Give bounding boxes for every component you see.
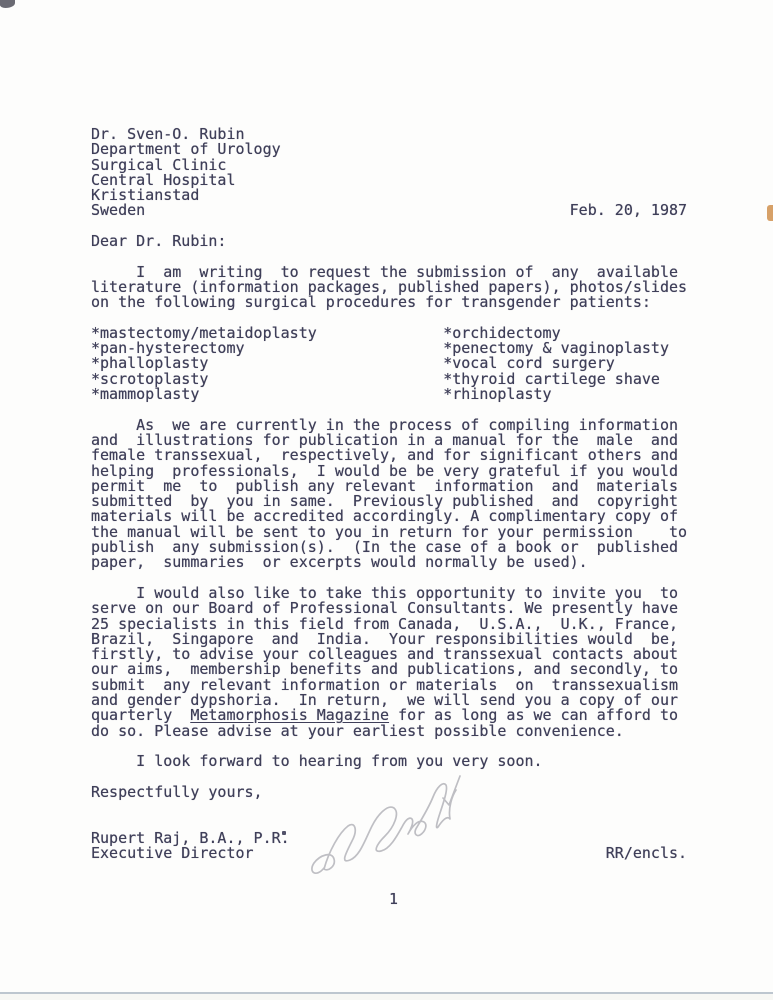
page-number: 1 [389, 892, 398, 907]
handwritten-signature-scribble [306, 766, 474, 884]
scan-artifact-dot [282, 831, 286, 835]
letter-line: on the following surgical procedures for… [91, 295, 687, 310]
scan-artifact-top-left [0, 0, 15, 8]
letter-line: Sweden Feb. 20, 1987 [91, 203, 687, 218]
letter-line: Dear Dr. Rubin: [91, 234, 687, 249]
letter-text: Dr. Sven-O. RubinDepartment of UrologySu… [91, 127, 687, 861]
scan-artifact-right-edge [767, 205, 773, 221]
letter-line: paper, summaries or excerpts would norma… [91, 555, 687, 570]
document-page: { "page": { "number": "1" }, "colors": {… [0, 0, 773, 1000]
letter-line: *mammoplasty *rhinoplasty [91, 387, 687, 402]
letter-line: do so. Please advise at your earliest po… [91, 724, 687, 739]
scanned-letter: Dr. Sven-O. RubinDepartment of UrologySu… [0, 0, 773, 1000]
scan-background-strip [0, 994, 773, 1000]
